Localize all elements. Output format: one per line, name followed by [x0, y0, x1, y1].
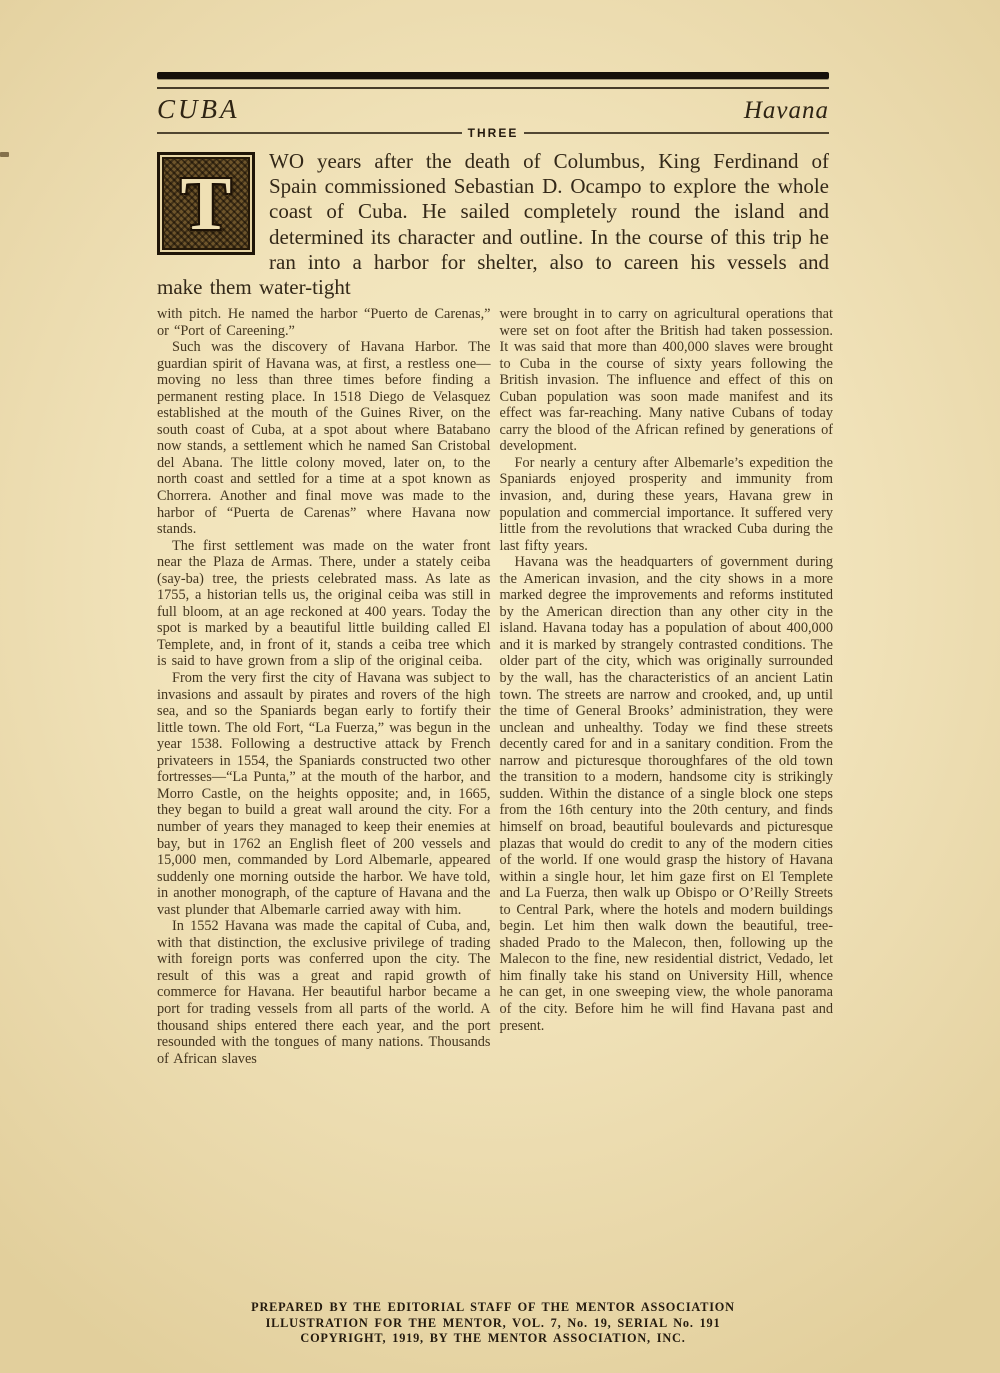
- scan-artifact: [0, 152, 9, 157]
- body-columns: with pitch. He named the harbor “Puerto …: [157, 306, 833, 1302]
- imprint: PREPARED BY THE EDITORIAL STAFF OF THE M…: [157, 1300, 829, 1347]
- paragraph: with pitch. He named the harbor “Puerto …: [157, 306, 491, 339]
- dropcap-letter: T: [181, 166, 232, 242]
- right-column: were brought in to carry on agricultural…: [500, 306, 834, 1302]
- left-column: with pitch. He named the harbor “Puerto …: [157, 306, 491, 1302]
- top-rule-thin: [157, 87, 829, 89]
- paragraph: Havana was the headquarters of governmen…: [500, 554, 834, 1034]
- imprint-line-2: ILLUSTRATION FOR THE MENTOR, VOL. 7, No.…: [157, 1316, 829, 1332]
- top-rule-thick: [157, 72, 829, 79]
- scanned-page: CUBA Havana THREE T WO years after the d…: [0, 0, 1000, 1373]
- imprint-line-3: COPYRIGHT, 1919, BY THE MENTOR ASSOCIATI…: [157, 1331, 829, 1347]
- intro-paragraph: T WO years after the death of Columbus, …: [157, 149, 829, 300]
- paragraph: From the very first the city of Havana w…: [157, 670, 491, 918]
- folio-rule-left: [157, 132, 462, 134]
- dropcap-box: T: [157, 152, 255, 255]
- publication-title: CUBA: [157, 94, 240, 125]
- paragraph: The first settlement was made on the wat…: [157, 538, 491, 670]
- page-number-rule: THREE: [157, 126, 829, 140]
- paragraph: In 1552 Havana was made the capital of C…: [157, 918, 491, 1067]
- paragraph: Such was the discovery of Havana Harbor.…: [157, 339, 491, 538]
- paragraph: were brought in to carry on agricultural…: [500, 306, 834, 455]
- section-title: Havana: [744, 97, 829, 125]
- paragraph: For nearly a century after Albemarle’s e…: [500, 455, 834, 554]
- page-number: THREE: [462, 126, 525, 140]
- masthead: CUBA Havana: [157, 94, 829, 125]
- imprint-line-1: PREPARED BY THE EDITORIAL STAFF OF THE M…: [157, 1300, 829, 1316]
- page-content: CUBA Havana THREE T WO years after the d…: [157, 0, 829, 1373]
- intro-text: WO years after the death of Columbus, Ki…: [157, 149, 829, 299]
- folio-rule-right: [524, 132, 829, 134]
